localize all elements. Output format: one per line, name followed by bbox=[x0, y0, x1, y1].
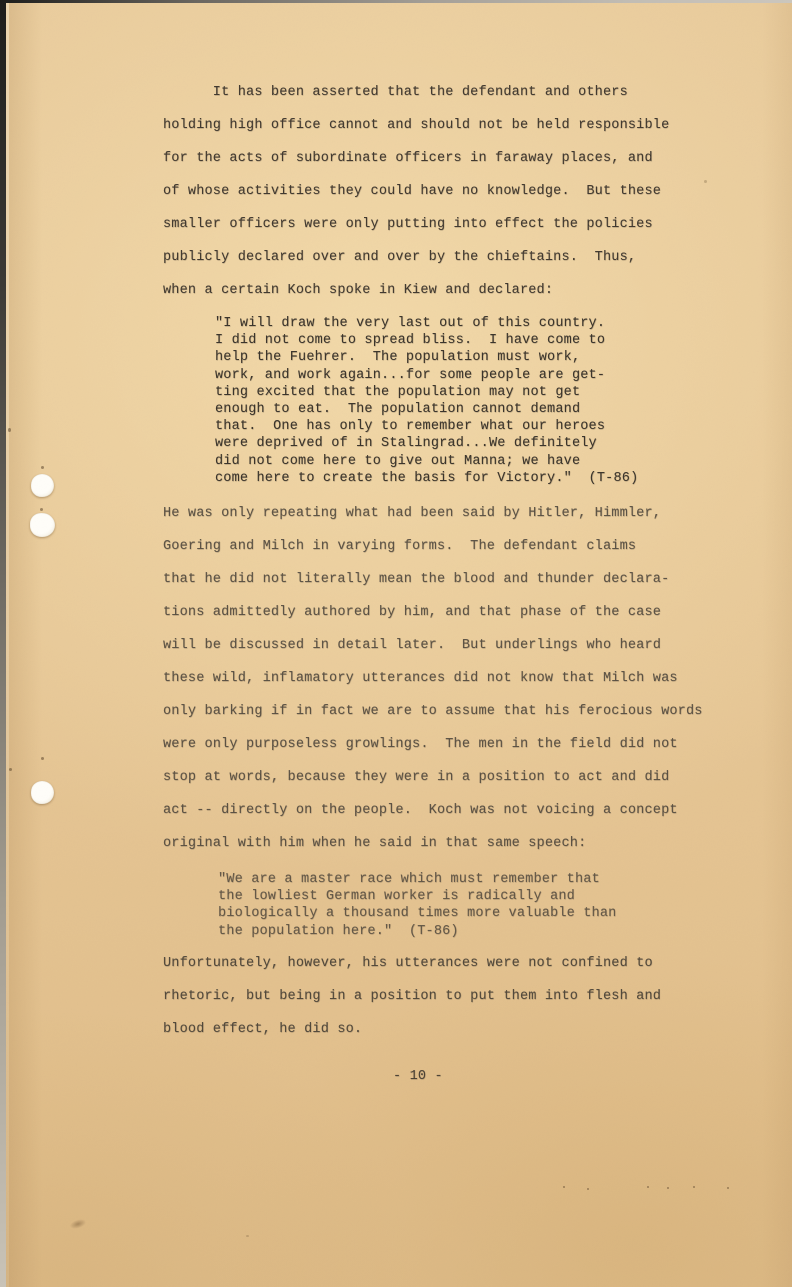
paragraph-commentary: He was only repeating what had been said… bbox=[163, 497, 703, 860]
scan-edge-left bbox=[0, 0, 6, 1287]
paper-speck bbox=[727, 1187, 729, 1189]
paper-speck bbox=[40, 508, 43, 511]
paper-speck bbox=[9, 768, 12, 771]
scan-edge-top bbox=[0, 0, 792, 3]
paper-speck bbox=[8, 428, 11, 432]
paper-speck bbox=[563, 1186, 565, 1188]
punch-hole bbox=[31, 781, 54, 804]
paper-speck bbox=[704, 180, 707, 183]
page-number: - 10 - bbox=[393, 1068, 443, 1085]
paragraph-conclusion: Unfortunately, however, his utterances w… bbox=[163, 947, 661, 1046]
paragraph-intro: It has been asserted that the defendant … bbox=[163, 76, 669, 307]
paper-speck bbox=[693, 1186, 695, 1188]
blockquote-koch-speech: "I will draw the very last out of this c… bbox=[215, 315, 638, 487]
paper-speck bbox=[587, 1188, 589, 1190]
paper-speck bbox=[647, 1186, 649, 1188]
scanned-document-page: It has been asserted that the defendant … bbox=[0, 0, 792, 1287]
paper-edge-highlight bbox=[6, 3, 9, 1287]
paper-smudge bbox=[69, 1218, 87, 1231]
paper-speck bbox=[41, 466, 44, 469]
punch-hole bbox=[30, 513, 55, 537]
paper-speck bbox=[667, 1187, 669, 1189]
punch-hole bbox=[31, 474, 54, 497]
paper-speck bbox=[41, 757, 44, 760]
blockquote-master-race: "We are a master race which must remembe… bbox=[218, 871, 616, 940]
paper-speck bbox=[246, 1235, 249, 1237]
